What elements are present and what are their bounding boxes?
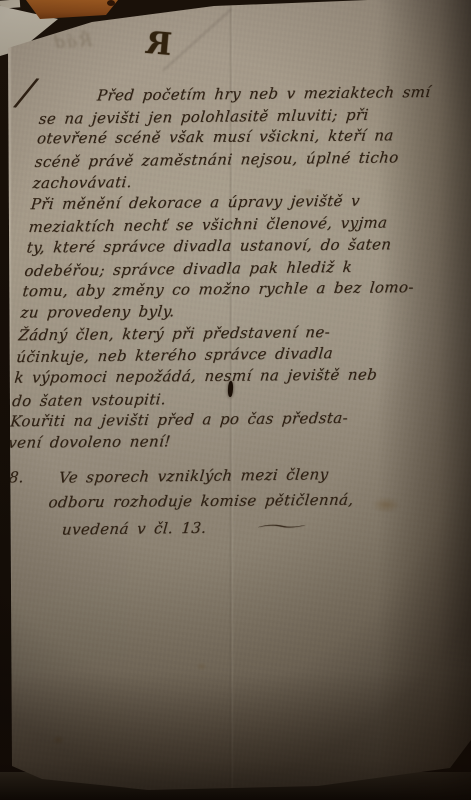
photo-of-manuscript: Řád R / Před početím hry neb v meziaktec… <box>0 0 471 800</box>
photo-vignette <box>0 0 471 800</box>
